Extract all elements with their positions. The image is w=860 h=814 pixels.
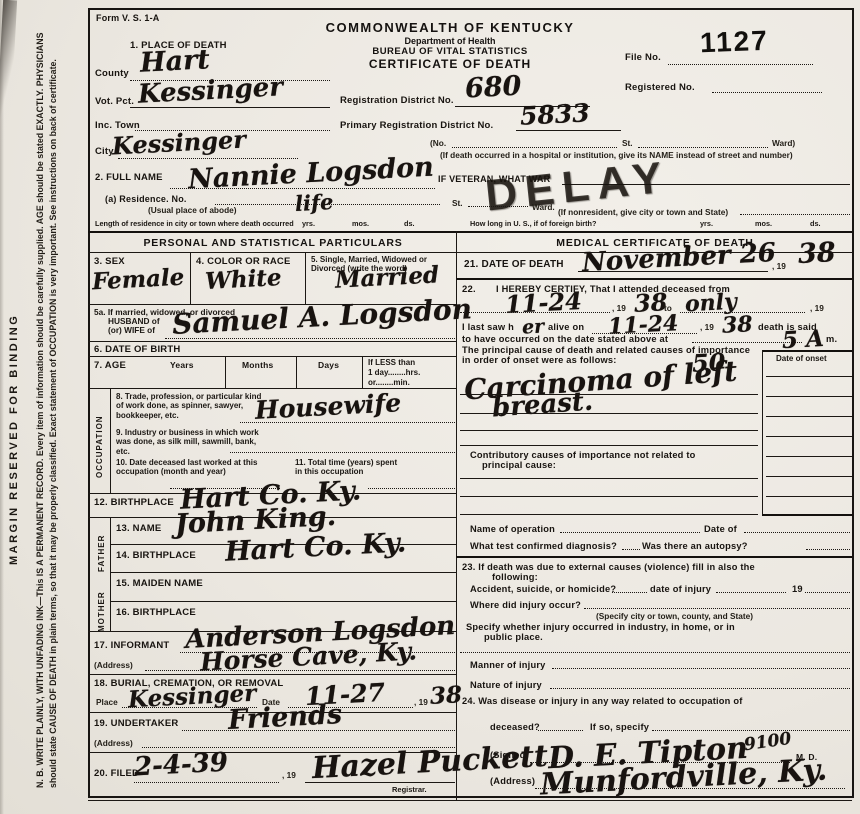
ward-label: Ward) (772, 138, 795, 148)
blank-line (460, 652, 850, 653)
attended-from-value: 11-24 (504, 286, 582, 319)
title-department: Department of Health (310, 36, 590, 46)
blank-line (766, 396, 852, 397)
certify-number: 22. (462, 284, 476, 295)
blank-line (88, 341, 456, 342)
dod-year-pre: , 19 (772, 261, 786, 271)
father-name-label: 13. NAME (116, 523, 161, 534)
blank-line (452, 147, 617, 148)
age-less-2: 1 day........hrs. (368, 368, 420, 377)
last-saw-pre: I last saw h (462, 322, 514, 332)
injury-date-label: date of injury (650, 584, 711, 594)
residence-st-label: St. (452, 198, 463, 208)
blank-line (638, 147, 768, 148)
blank-line (305, 782, 455, 783)
city-label: City (95, 146, 114, 157)
contributory-label-1: Contributory causes of importance not re… (470, 450, 696, 460)
burial-year-value: 38 (429, 681, 462, 710)
contributory-label-2: principal cause: (482, 460, 556, 470)
blank-line (88, 252, 456, 253)
blank-line (225, 356, 226, 388)
blank-line (744, 532, 850, 533)
county-label: County (95, 68, 129, 79)
informant-label: 17. INFORMANT (94, 640, 169, 651)
race-value: White (204, 264, 282, 295)
registration-district-label: Registration District No. (340, 95, 454, 106)
blank-line (538, 730, 583, 731)
to-year-pre: , 19 (810, 303, 824, 313)
yrs-label: yrs. (302, 220, 315, 229)
blank-line (560, 532, 700, 533)
no-label: (No. (430, 138, 446, 148)
if-so-label: If so, specify (590, 722, 649, 732)
blank-line (766, 376, 852, 377)
full-name-label: 2. FULL NAME (95, 172, 163, 183)
st-label: St. (622, 138, 633, 148)
blank-line (766, 416, 852, 417)
residence-value: life (294, 189, 334, 216)
death-certificate-scan: MARGIN RESERVED FOR BINDING N. B. WRITE … (0, 0, 860, 814)
dob-label: 6. DATE OF BIRTH (94, 344, 180, 355)
specify-city-note: (Specify city or town, county, and State… (596, 611, 753, 621)
vot-pct-label: Vot. Pct. (95, 96, 134, 107)
sex-label: 3. SEX (94, 256, 125, 267)
trade-label: 8. Trade, profession, or particular kind… (116, 392, 266, 420)
residence-label: (a) Residence. No. (105, 194, 187, 204)
blank-line (652, 730, 850, 731)
occupation-side-label: OCCUPATION (95, 415, 104, 478)
blank-line (766, 436, 852, 437)
occupation-question: 24. Was disease or injury in any way rel… (462, 696, 743, 706)
last-worked-label: 10. Date deceased last worked at this oc… (116, 458, 276, 477)
scan-edge (0, 0, 4, 814)
filed-date-value: 2-4-39 (133, 748, 228, 783)
blank-line (230, 452, 455, 453)
date-of-death-label: 21. DATE OF DEATH (464, 259, 564, 270)
blank-line (110, 517, 111, 632)
deceased-question: deceased? (490, 722, 540, 732)
age-months-label: Months (242, 360, 273, 370)
primary-registration-label: Primary Registration District No. (340, 120, 493, 131)
yrs-label-2: yrs. (700, 220, 713, 229)
dod-year-value: 38 (797, 237, 836, 270)
length-residence-label: Length of residence in city or town wher… (95, 220, 294, 229)
blank-line (296, 356, 297, 388)
autopsy-label: Was there an autopsy? (642, 541, 748, 551)
blank-line (110, 572, 456, 573)
blank-line (88, 800, 852, 801)
blank-line (134, 782, 279, 783)
county-value: Hart (139, 44, 210, 79)
blank-line (460, 430, 758, 431)
blank-line (88, 356, 456, 357)
filed-year-pre: , 19 (282, 770, 296, 780)
registered-no-label: Registered No. (625, 82, 695, 93)
blank-line (460, 478, 758, 479)
blank-line (805, 592, 850, 593)
father-birthplace-label: 14. BIRTHPLACE (116, 550, 196, 561)
onset-label-1: Date of onset (776, 354, 827, 363)
blank-line (460, 413, 758, 414)
age-years-label: Years (170, 360, 194, 370)
blank-line (456, 278, 852, 280)
blank-line (88, 674, 456, 675)
blank-line (88, 388, 456, 389)
test-label: What test confirmed diagnosis? (470, 541, 617, 551)
operation-date-label: Date of (704, 524, 737, 534)
mos-label-2: mos. (755, 220, 772, 229)
mother-birthplace-label: 16. BIRTHPLACE (116, 607, 196, 618)
marital-value: Married (334, 261, 439, 293)
undertaker-label: 19. UNDERTAKER (94, 718, 178, 729)
burial-year-pre: , 19 (414, 697, 428, 707)
personal-section-title: PERSONAL AND STATISTICAL PARTICULARS (90, 237, 456, 249)
alive-on-label: alive on (548, 322, 584, 332)
abode-note: (Usual place of abode) (148, 205, 237, 215)
filed-label: 20. FILED (94, 768, 139, 779)
blank-line (668, 64, 813, 65)
blank-line (460, 514, 758, 515)
external-label-2: following: (492, 572, 538, 582)
spouse-label-3: (or) WIFE of (108, 326, 155, 336)
blank-line (622, 549, 640, 550)
external-label-1: 23. If death was due to external causes … (462, 562, 755, 572)
registrar-label: Registrar. (392, 786, 427, 795)
blank-line (368, 488, 455, 489)
address-label: (Address) (490, 776, 535, 786)
margin-binding-label: MARGIN RESERVED FOR BINDING (8, 314, 20, 565)
title-commonwealth: COMMONWEALTH OF KENTUCKY (310, 20, 590, 35)
blank-line (550, 688, 850, 689)
age-label: 7. AGE (94, 360, 126, 371)
accident-label: Accident, suicide, or homicide? (470, 584, 616, 594)
form-number: Form V. S. 1-A (96, 13, 159, 23)
specify-where-2: public place. (484, 632, 543, 642)
blank-line (190, 252, 191, 304)
injury-19-label: 19 (792, 584, 803, 594)
mother-maiden-label: 15. MAIDEN NAME (116, 578, 203, 589)
manner-injury-label: Manner of injury (470, 660, 546, 670)
signed-label: (Signed) (490, 750, 529, 760)
blank-line (612, 592, 647, 593)
blank-line (88, 231, 852, 233)
blank-line (110, 601, 456, 602)
blank-line (118, 158, 298, 159)
blank-line (516, 130, 621, 131)
blank-line (460, 445, 758, 446)
blank-line (456, 556, 852, 558)
blank-line (716, 592, 786, 593)
margin-instructions-note: N. B. WRITE PLAINLY, WITH UNFADING INK—T… (34, 24, 60, 788)
last-saw-year-pre: , 19 (700, 322, 714, 332)
undertaker-address-label: (Address) (94, 738, 133, 748)
title-certificate: CERTIFICATE OF DEATH (310, 57, 590, 71)
ds-label: ds. (404, 220, 415, 229)
nature-injury-label: Nature of injury (470, 680, 542, 690)
blank-line (712, 92, 822, 93)
blank-line (468, 206, 528, 207)
total-time-label: 11. Total time (years) spent in this occ… (295, 458, 405, 477)
title-bureau: BUREAU OF VITAL STATISTICS (310, 46, 590, 57)
us-length-label: How long in U. S., if of foreign birth? (470, 220, 596, 229)
blank-line (362, 356, 363, 388)
primary-registration-value: 5833 (519, 98, 590, 131)
blank-line (460, 394, 758, 395)
blank-line (766, 456, 852, 457)
blank-line (584, 608, 850, 609)
blank-line (762, 350, 763, 515)
mother-side-label: MOTHER (97, 591, 106, 632)
blank-line (130, 107, 330, 108)
blank-line (806, 549, 850, 550)
where-injury-label: Where did injury occur? (470, 600, 581, 610)
blank-line (766, 476, 852, 477)
file-no-label: File No. (625, 52, 661, 63)
age-less-3: or........min. (368, 378, 410, 387)
blank-line (552, 668, 850, 669)
age-less-1: If LESS than (368, 358, 415, 367)
age-days-label: Days (318, 360, 339, 370)
blank-line (740, 214, 850, 215)
m-label: m. (826, 334, 837, 344)
blank-line (762, 514, 853, 516)
blank-line (170, 188, 435, 189)
blank-line (535, 788, 845, 789)
father-side-label: FATHER (97, 535, 106, 572)
blank-line (165, 338, 455, 339)
blank-line (145, 670, 455, 671)
burial-place-label: Place (96, 697, 118, 707)
registration-district-value: 680 (464, 71, 522, 105)
birthplace-label: 12. BIRTHPLACE (94, 497, 174, 508)
blank-line (578, 271, 768, 272)
mos-label: mos. (352, 220, 369, 229)
scan-edge-corner (0, 0, 17, 120)
blank-line (766, 496, 852, 497)
blank-line (305, 252, 306, 304)
specify-where-1: Specify whether injury occurred in indus… (466, 622, 735, 632)
sex-value: Female (91, 264, 185, 296)
blank-line (460, 496, 758, 497)
file-no-value: 1127 (699, 25, 769, 59)
attended-year-pre: , 19 (612, 303, 626, 313)
blank-line (182, 730, 455, 731)
nonresident-note: (If nonresident, give city or town and S… (558, 207, 728, 217)
blank-line (762, 350, 853, 352)
ds-label-2: ds. (810, 220, 821, 229)
blank-line (460, 312, 610, 313)
operation-label: Name of operation (470, 524, 555, 534)
last-saw-year-value: 38 (721, 311, 753, 339)
informant-address-label: (Address) (94, 660, 133, 670)
residence-ward-label: Ward. (532, 202, 555, 212)
blank-line (240, 422, 455, 423)
occurred-label: to have occurred on the date stated abov… (462, 334, 668, 344)
blank-line (110, 388, 111, 493)
